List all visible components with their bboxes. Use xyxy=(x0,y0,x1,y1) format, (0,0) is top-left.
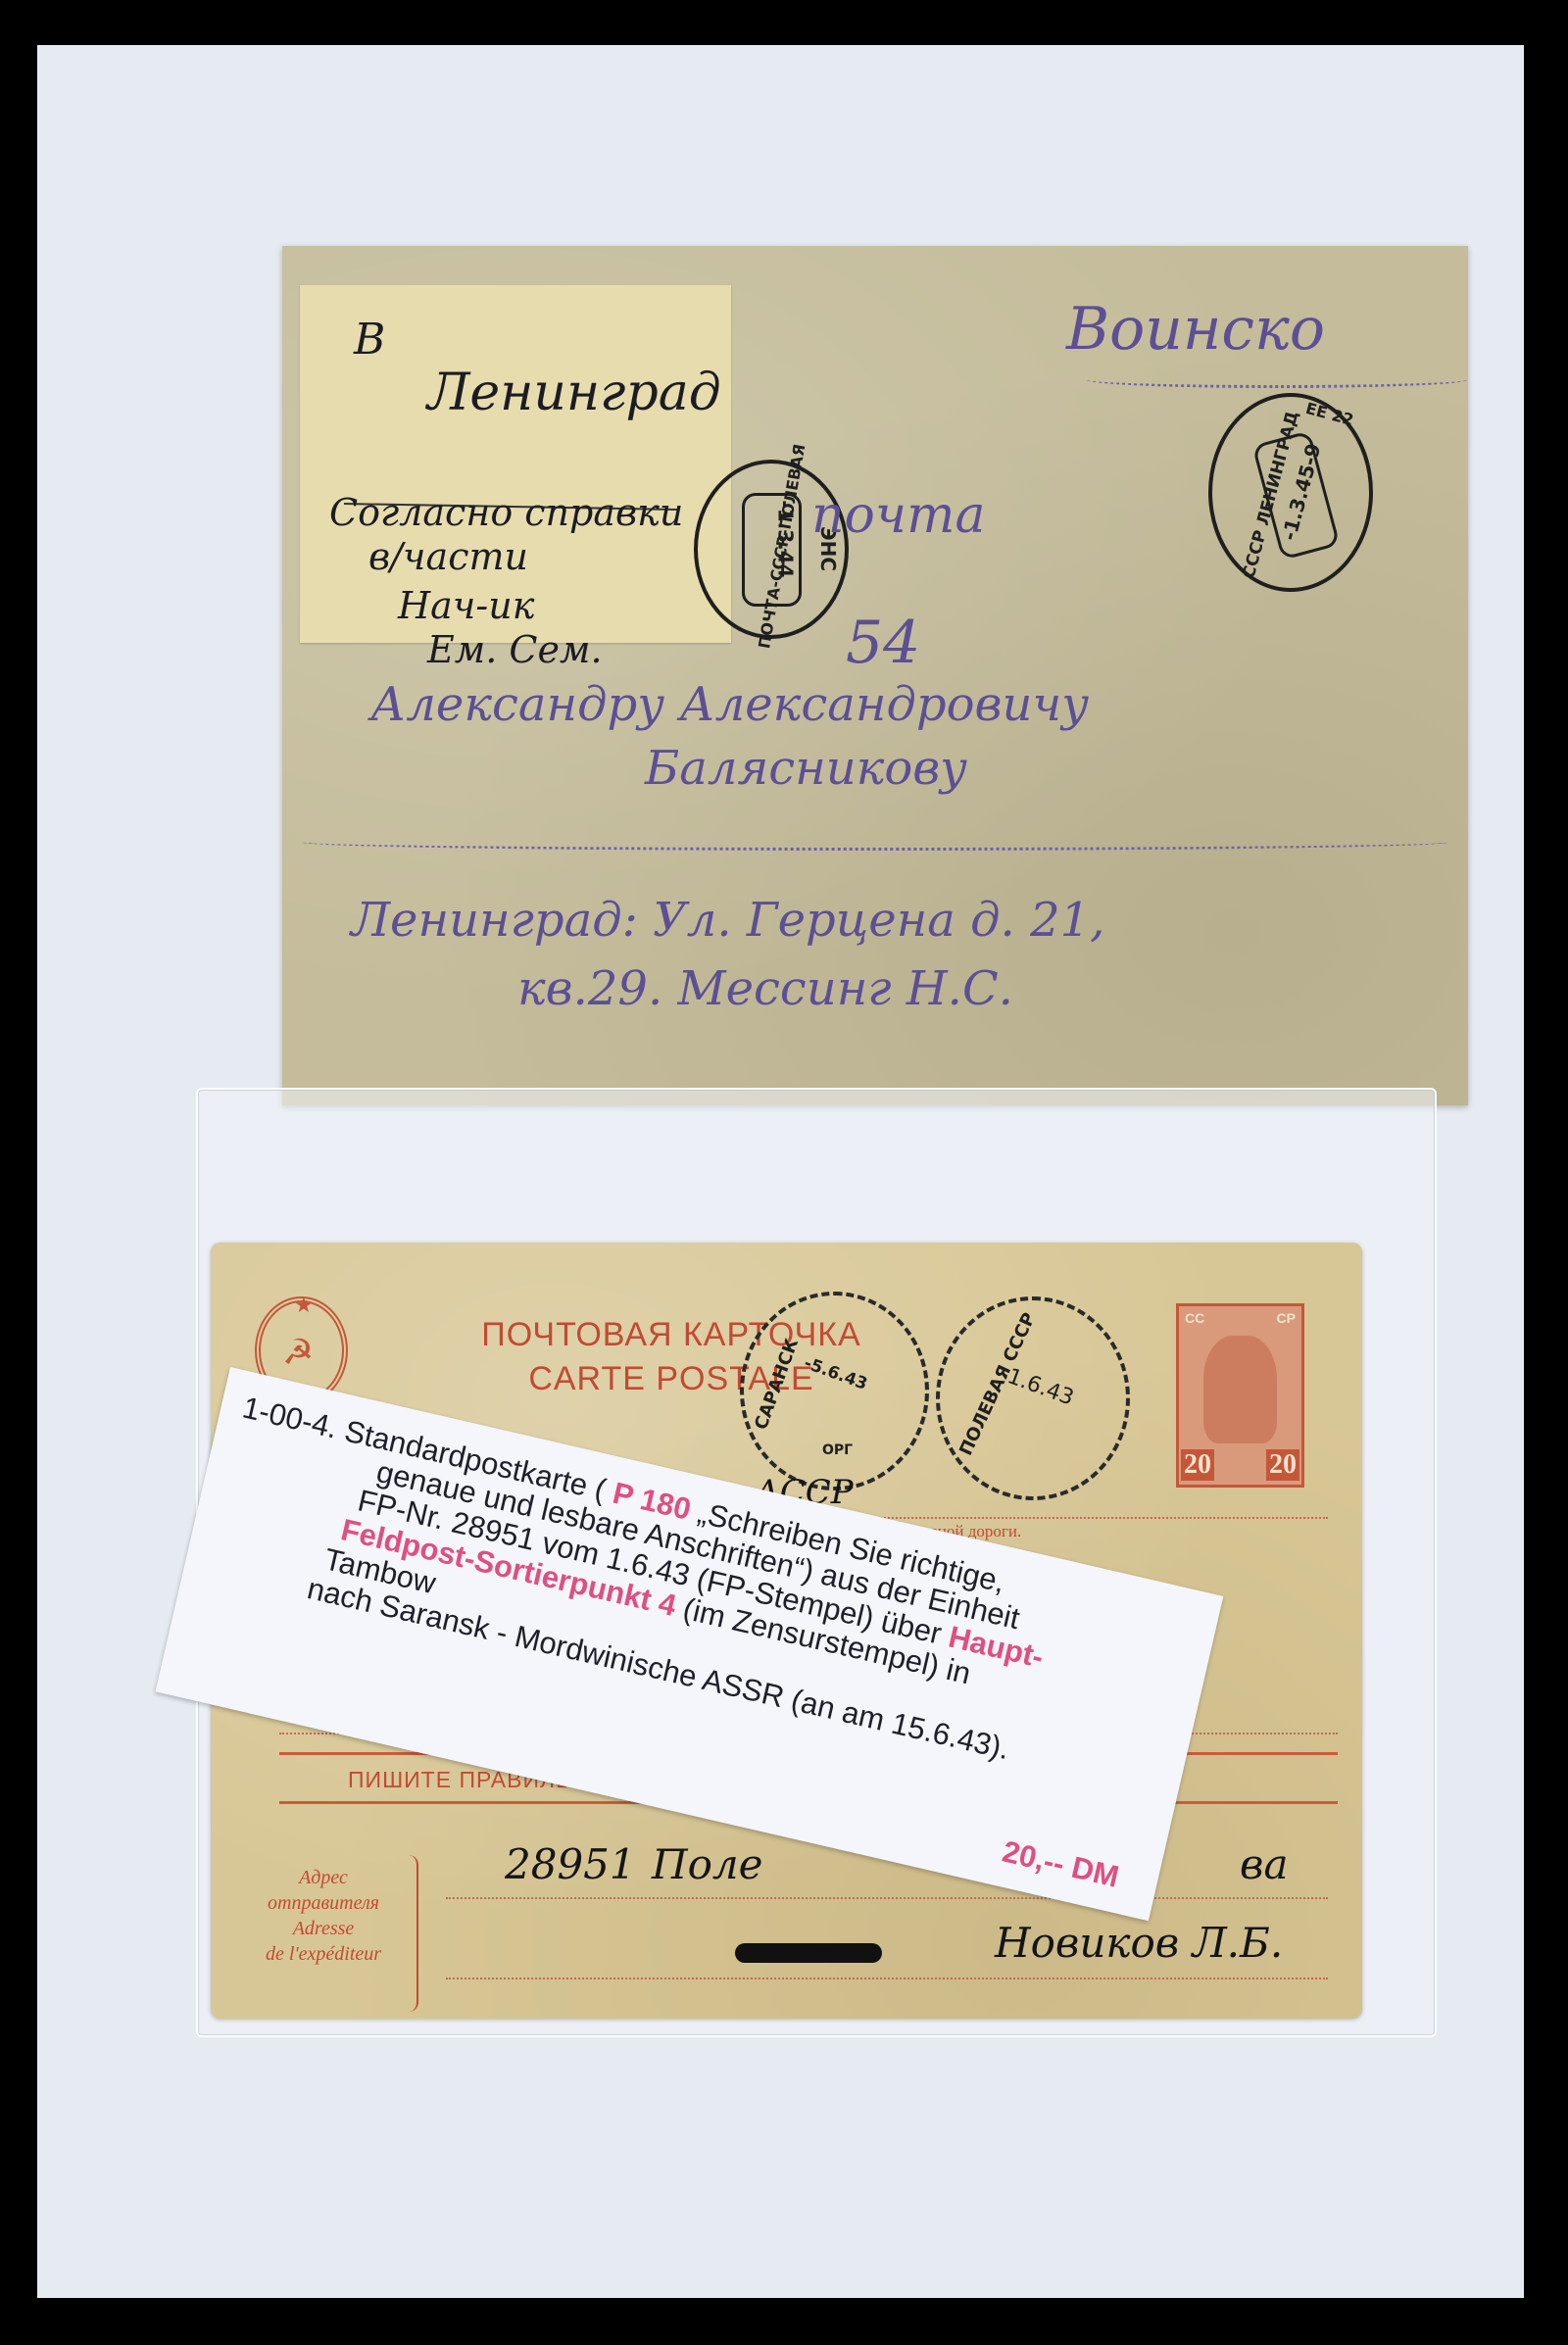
album-page: В Ленинград Согласно справки в/части Нач… xyxy=(37,45,1524,2298)
saransk-postmark: САРАНСК -5.6.43 ОРГ xyxy=(740,1292,929,1490)
service-handwritten: почта xyxy=(811,486,985,545)
slip-note-line: в/части xyxy=(368,535,528,578)
envelope: В Ленинград Согласно справки в/части Нач… xyxy=(282,246,1468,1105)
address-line: кв.29. Мессинг Н.С. xyxy=(517,961,1013,1016)
sender-address: ва xyxy=(1240,1840,1289,1888)
slip-city: Ленинград xyxy=(427,364,721,422)
sender-address: Поле xyxy=(652,1840,763,1888)
field-post-postmark: ПОЛЕВАЯ СССР -1.6.43 xyxy=(936,1296,1130,1500)
brace xyxy=(407,1855,418,2012)
leningrad-postmark: -1.3.45-9 СССР ЛЕНИНГРАД ЕЕ 22 xyxy=(1208,393,1373,592)
sender-label: Адрес отправителя Adresse de l'expéditeu… xyxy=(250,1865,397,1967)
address-line: Ленинград: Ул. Герцена д. 21, xyxy=(351,893,1104,948)
worker-portrait-icon xyxy=(1203,1336,1277,1443)
price: 20,-- DM xyxy=(999,1833,1122,1894)
slip-number: В xyxy=(354,315,385,365)
censored-blot xyxy=(735,1943,882,1963)
recipient-name: Александру Александровичу xyxy=(370,677,1089,732)
slip-note-line: Согласно справки xyxy=(329,491,683,534)
underline-wave xyxy=(1086,371,1468,388)
slip-note-line: Нач-ик xyxy=(398,584,534,627)
censor-slip: В Ленинград Согласно справки в/части Нач… xyxy=(300,285,731,643)
dotted-rule xyxy=(446,1978,1328,1979)
heading-handwritten: Воинско xyxy=(1066,295,1325,364)
unit-number: 54 xyxy=(846,609,920,677)
underline-wave xyxy=(302,834,1448,851)
dotted-rule xyxy=(446,1897,1328,1899)
imprinted-stamp: СС СР 20 20 xyxy=(1176,1303,1304,1488)
sender-name: Новиков Л.Б. xyxy=(995,1919,1283,1967)
sender-fp-number: 28951 xyxy=(505,1840,636,1888)
slip-note-line: Ем. Сем. xyxy=(427,628,603,671)
recipient-surname: Балясникову xyxy=(645,741,967,796)
